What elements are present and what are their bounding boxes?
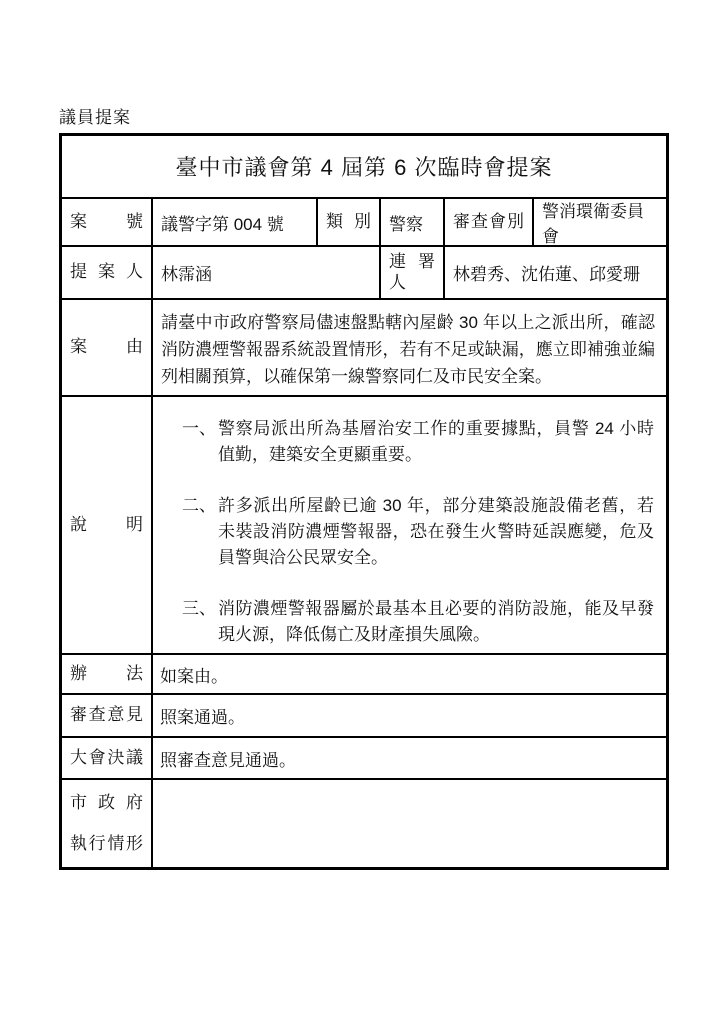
category-value-cell: 警察: [381, 199, 445, 245]
committee-value-cell: 警消環衛委員會: [534, 199, 666, 245]
review-opinion-row: 審查意見 照案通過。: [62, 695, 666, 738]
resolution-value: 照審查意見通過。: [153, 746, 302, 771]
item-text: 警察局派出所為基層治安工作的重要據點，員警 24 小時值勤，建築安全更顯重要。: [218, 416, 654, 468]
execution-row: 市政府 執行情形: [62, 780, 666, 867]
proposer-value-cell: 林霈涵: [153, 247, 381, 298]
case-number-label: 案號: [62, 212, 151, 232]
explanation-row: 說明 一、 警察局派出所為基層治安工作的重要據點，員警 24 小時值勤，建築安全…: [62, 397, 666, 655]
resolution-value-cell: 照審查意見通過。: [153, 738, 666, 778]
explanation-value-cell: 一、 警察局派出所為基層治安工作的重要據點，員警 24 小時值勤，建築安全更顯重…: [153, 397, 666, 653]
cosigner-label-cell: 連署人: [381, 247, 445, 298]
cosigner-label: 連署人: [381, 252, 443, 293]
proposer-label: 提案人: [62, 262, 151, 282]
execution-value-cell: [153, 780, 666, 867]
document-page: 議員提案 臺中市議會第 4 屆第 6 次臨時會提案 案號 議警字第 004 號 …: [0, 0, 724, 1024]
reason-label-cell: 案由: [62, 300, 153, 395]
category-label: 類別: [318, 212, 379, 232]
committee-label: 審查會別: [445, 212, 532, 232]
document-type-label: 議員提案: [59, 103, 131, 128]
method-label: 辦法: [62, 664, 151, 684]
item-number: 一、: [182, 416, 218, 468]
resolution-label-cell: 大會決議: [62, 738, 153, 778]
method-value-cell: 如案由。: [153, 655, 666, 693]
committee-label-cell: 審查會別: [445, 199, 534, 245]
resolution-row: 大會決議 照審查意見通過。: [62, 738, 666, 780]
table-title-row: 臺中市議會第 4 屆第 6 次臨時會提案: [62, 136, 666, 199]
cosigner-value-cell: 林碧秀、沈佑蓮、邱愛珊: [445, 247, 666, 298]
item-number: 三、: [182, 596, 218, 648]
reason-label: 案由: [62, 337, 151, 357]
proposal-table: 臺中市議會第 4 屆第 6 次臨時會提案 案號 議警字第 004 號 類別 警察…: [59, 133, 669, 870]
category-label-cell: 類別: [318, 199, 381, 245]
explanation-label: 說明: [62, 515, 151, 535]
reason-value-cell: 請臺中市政府警察局儘速盤點轄內屋齡 30 年以上之派出所，確認消防濃煙警報器系統…: [153, 300, 666, 395]
item-text: 消防濃煙警報器屬於最基本且必要的消防設施，能及早發現火源，降低傷亡及財產損失風險…: [218, 596, 654, 648]
explanation-list: 一、 警察局派出所為基層治安工作的重要據點，員警 24 小時值勤，建築安全更顯重…: [153, 397, 666, 653]
case-number-row: 案號 議警字第 004 號 類別 警察 審查會別 警消環衛委員會: [62, 199, 666, 247]
proposer-row: 提案人 林霈涵 連署人 林碧秀、沈佑蓮、邱愛珊: [62, 247, 666, 300]
method-row: 辦法 如案由。: [62, 655, 666, 695]
review-opinion-value: 照案通過。: [153, 703, 251, 728]
committee-value: 警消環衛委員會: [534, 199, 666, 245]
execution-label-line2: 執行情形: [62, 834, 151, 854]
execution-label-line1: 市政府: [62, 793, 151, 813]
reason-text: 請臺中市政府警察局儘速盤點轄內屋齡 30 年以上之派出所，確認消防濃煙警報器系統…: [153, 300, 666, 395]
execution-label-cell: 市政府 執行情形: [62, 780, 153, 867]
case-number-value: 議警字第 004 號: [153, 210, 290, 235]
explanation-item: 三、 消防濃煙警報器屬於最基本且必要的消防設施，能及早發現火源，降低傷亡及財產損…: [182, 596, 654, 648]
cosigner-value: 林碧秀、沈佑蓮、邱愛珊: [445, 260, 646, 285]
item-number: 二、: [182, 493, 218, 571]
page-title: 臺中市議會第 4 屆第 6 次臨時會提案: [62, 151, 666, 182]
method-value: 如案由。: [153, 662, 234, 687]
reason-row: 案由 請臺中市政府警察局儘速盤點轄內屋齡 30 年以上之派出所，確認消防濃煙警報…: [62, 300, 666, 397]
resolution-label: 大會決議: [62, 748, 151, 768]
case-number-value-cell: 議警字第 004 號: [153, 199, 318, 245]
proposer-label-cell: 提案人: [62, 247, 153, 298]
case-number-label-cell: 案號: [62, 199, 153, 245]
execution-label: 市政府 執行情形: [62, 793, 151, 855]
explanation-item: 一、 警察局派出所為基層治安工作的重要據點，員警 24 小時值勤，建築安全更顯重…: [182, 416, 654, 468]
review-opinion-label-cell: 審查意見: [62, 695, 153, 736]
category-value: 警察: [381, 210, 429, 235]
explanation-item: 二、 許多派出所屋齡已逾 30 年，部分建築設施設備老舊，若未裝設消防濃煙警報器…: [182, 493, 654, 571]
review-opinion-label: 審查意見: [62, 705, 151, 725]
review-opinion-value-cell: 照案通過。: [153, 695, 666, 736]
item-text: 許多派出所屋齡已逾 30 年，部分建築設施設備老舊，若未裝設消防濃煙警報器，恐在…: [218, 493, 654, 571]
method-label-cell: 辦法: [62, 655, 153, 693]
explanation-label-cell: 說明: [62, 397, 153, 653]
proposer-value: 林霈涵: [153, 260, 218, 285]
